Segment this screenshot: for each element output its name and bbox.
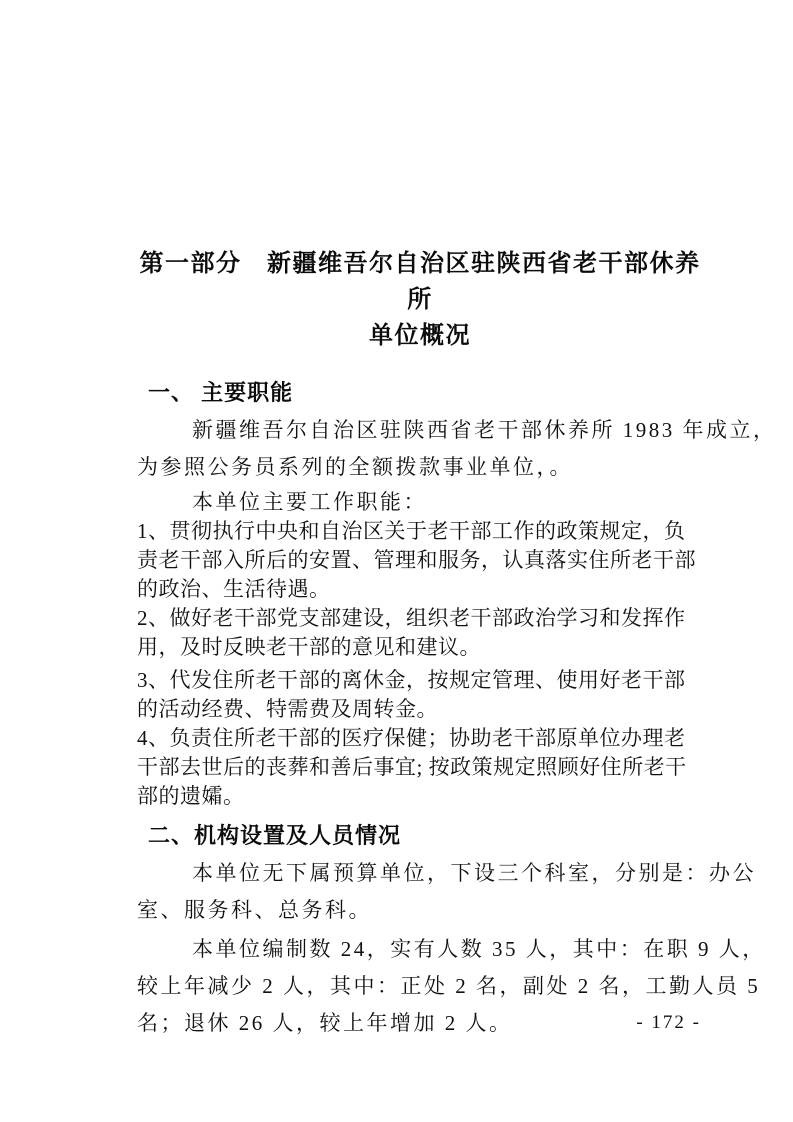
section-2-structure-paragraph: 本单位无下属预算单位，下设三个科室，分别是：办公 室、服务科、总务科。: [137, 855, 703, 929]
section-1-intro-paragraph: 新疆维吾尔自治区驻陕西省老干部休养所 1983 年成立， 为参照公务员系列的全额…: [137, 412, 703, 486]
section-2-staffing-paragraph: 本单位编制数 24，实有人数 35 人，其中：在职 9 人， 较上年减少 2 人…: [137, 931, 703, 1042]
paragraph-line: 用，及时反映老干部的意见和建议。: [137, 633, 703, 662]
duty-item-2: 2、做好老干部党支部建设，组织老干部政治学习和发挥作 用，及时反映老干部的意见和…: [137, 604, 703, 662]
paragraph-line: 的政治、生活待遇。: [137, 575, 703, 604]
paragraph-line: 本单位无下属预算单位，下设三个科室，分别是：办公: [137, 855, 703, 892]
paragraph-line: 干部去世后的丧葬和善后事宜; 按政策规定照顾好住所老干: [137, 753, 703, 782]
page-content: 第一部分 新疆维吾尔自治区驻陕西省老干部休养所 单位概况 一、 主要职能 新疆维…: [0, 0, 793, 1042]
paragraph-line: 室、服务科、总务科。: [137, 892, 703, 929]
section-1-heading: 一、 主要职能: [137, 378, 703, 408]
section-2-heading: 二、机构设置及人员情况: [137, 821, 703, 851]
paragraph-line: 1、贯彻执行中央和自治区关于老干部工作的政策规定，负: [137, 517, 703, 546]
paragraph-line: 部的遗孀。: [137, 782, 703, 811]
page-number: - 172 -: [636, 1012, 701, 1034]
paragraph-line: 的活动经费、特需费及周转金。: [137, 695, 703, 724]
duty-item-4: 4、负责住所老干部的医疗保健；协助老干部原单位办理老 干部去世后的丧葬和善后事宜…: [137, 724, 703, 811]
paragraph-line: 较上年减少 2 人，其中：正处 2 名，副处 2 名，工勤人员 5: [137, 968, 703, 1005]
paragraph-line: 本单位编制数 24，实有人数 35 人，其中：在职 9 人，: [137, 931, 703, 968]
document-page: 第一部分 新疆维吾尔自治区驻陕西省老干部休养所 单位概况 一、 主要职能 新疆维…: [0, 0, 793, 1122]
paragraph-line: 名；退休 26 人，较上年增加 2 人。: [137, 1005, 703, 1042]
paragraph-line: 2、做好老干部党支部建设，组织老干部政治学习和发挥作: [137, 604, 703, 633]
section-1-lead-line: 本单位主要工作职能：: [137, 488, 703, 517]
paragraph-line: 3、代发住所老干部的离休金，按规定管理、使用好老干部: [137, 666, 703, 695]
paragraph-line: 为参照公务员系列的全额拨款事业单位，。: [137, 449, 703, 486]
paragraph-line: 责老干部入所后的安置、管理和服务，认真落实住所老干部: [137, 546, 703, 575]
paragraph-line: 4、负责住所老干部的医疗保健；协助老干部原单位办理老: [137, 724, 703, 753]
paragraph-line: 新疆维吾尔自治区驻陕西省老干部休养所 1983 年成立，: [137, 412, 703, 449]
title-line-2: 单位概况: [137, 318, 703, 354]
title-line-1: 第一部分 新疆维吾尔自治区驻陕西省老干部休养所: [137, 246, 703, 318]
duty-item-1: 1、贯彻执行中央和自治区关于老干部工作的政策规定，负 责老干部入所后的安置、管理…: [137, 517, 703, 604]
duty-item-3: 3、代发住所老干部的离休金，按规定管理、使用好老干部 的活动经费、特需费及周转金…: [137, 666, 703, 724]
document-title: 第一部分 新疆维吾尔自治区驻陕西省老干部休养所 单位概况: [137, 246, 703, 354]
